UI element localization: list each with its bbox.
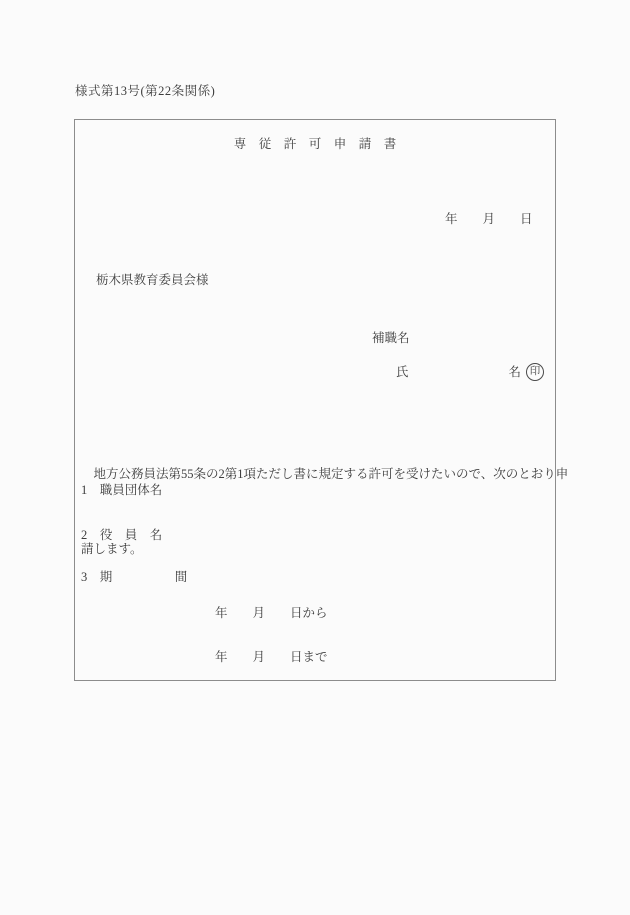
addressee-label: 栃木県教育委員会様	[96, 274, 209, 287]
position-title-label: 補職名	[372, 332, 410, 345]
item-officer-name: 2 役 員 名	[81, 529, 162, 542]
name-label: 氏 名	[396, 366, 521, 379]
form-number-label: 様式第13号(第22条関係)	[75, 85, 215, 98]
application-date-line: 年 月 日	[445, 213, 533, 226]
item-staff-organization-name: 1 職員団体名	[81, 484, 162, 497]
document-page: 様式第13号(第22条関係) 専 従 許 可 申 請 書 年 月 日 栃木県教育…	[0, 0, 630, 915]
form-title: 専 従 許 可 申 請 書	[75, 138, 555, 151]
applicant-name-line: 氏 名 印	[396, 363, 544, 381]
period-from-line: 年 月 日から	[215, 607, 328, 620]
item-period: 3 期 間	[81, 571, 187, 584]
application-form-box: 専 従 許 可 申 請 書 年 月 日 栃木県教育委員会様 補職名 氏 名 印 …	[74, 119, 556, 681]
seal-mark-icon: 印	[526, 363, 544, 381]
period-to-line: 年 月 日まで	[215, 651, 328, 664]
